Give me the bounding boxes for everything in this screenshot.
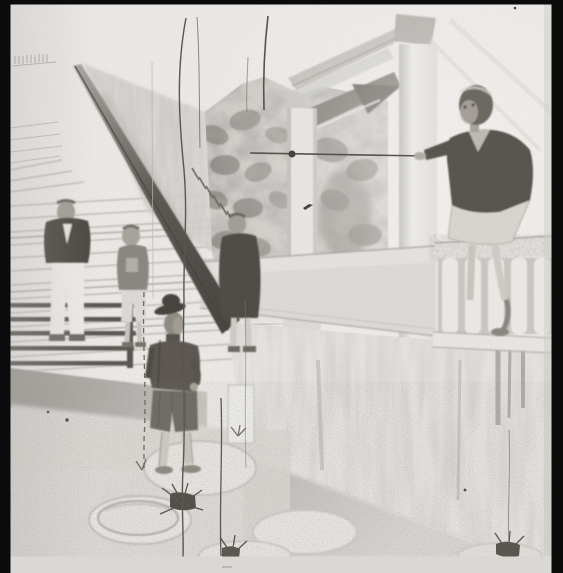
film-grain xyxy=(10,4,552,558)
negative-photo xyxy=(0,0,563,573)
negative-photo-mount xyxy=(0,0,563,573)
margin-strip xyxy=(11,557,552,573)
margin-mark xyxy=(222,566,232,568)
